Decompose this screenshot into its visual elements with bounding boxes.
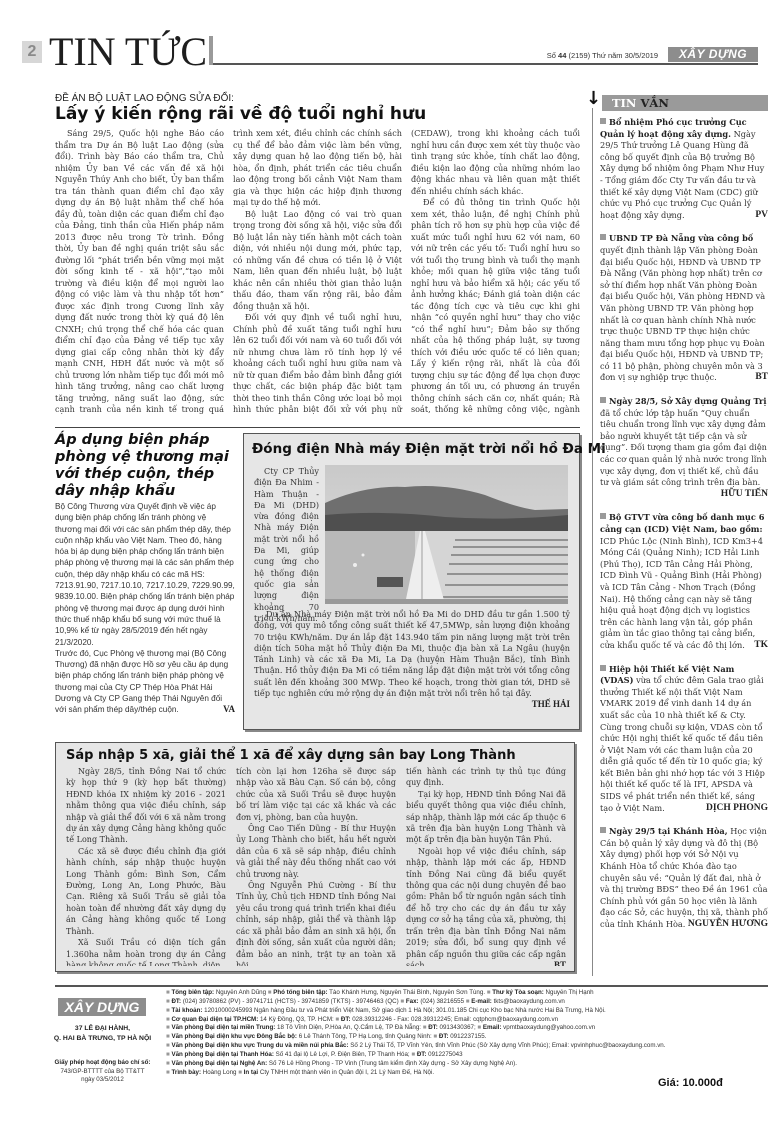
steel-paragraph-text: Trước đó, Cục Phòng vệ thương mại (Bộ Cô… [55,649,228,714]
footer-address: 37 LÊ ĐẠI HÀNH, Q. HAI BÀ TRƯNG, TP HÀ N… [40,1024,165,1044]
contact-label: Văn phòng Đại diện tại miền Trung: [171,1024,275,1031]
footer-contact-line: ■ Văn phòng Đại diện khu vực Đông Bắc bộ… [166,1033,771,1042]
contact-value: 6 Lê Thánh Tông, TP Hạ Long, tỉnh Quảng … [297,1033,433,1040]
long-thanh-col-3: tiến hành các trình tự thủ tục đúng quy … [406,766,566,966]
brief-text: ICD Phúc Lộc (Ninh Bình), ICD Km3+4 Móng… [600,536,763,650]
long-thanh-col-1: Ngày 28/5, tỉnh Đồng Nai tổ chức kỳ họp … [66,766,226,966]
contact-label: ĐT: [439,1033,449,1040]
footer-contact-line: ■ Văn phòng Đại diện tại Nghệ An: Số 76 … [166,1060,771,1069]
long-thanh-article-box: Sáp nhập 5 xã, giải thể 1 xã để xây dựng… [55,742,575,972]
solar-paragraph-text: Dự án Nhà máy Điện mặt trời nổi hồ Đa Mi… [254,609,570,698]
brief-text: đã tổ chức lớp tập huấn “Quy chuẩn tiêu … [600,408,767,488]
long-thanh-body: Ngày 28/5, tỉnh Đồng Nai tổ chức kỳ họp … [66,766,566,966]
contact-value: 0912237155. [449,1033,487,1040]
contact-label: Văn phòng Đại diện khu vực Trung du và m… [171,1042,348,1049]
long-thanh-byline: BT [542,960,566,966]
contact-label: Trình bày: [171,1069,201,1076]
header-rule [213,63,758,65]
footer-contact-line: ■ Cơ quan Đại diện tại TP.HCM: 14 Kỳ Đồn… [166,1016,771,1025]
contact-value: (024) 39780862 (PV) - 39741711 (HCTS) - … [181,998,400,1005]
contact-label: Tài khoản: [171,1007,202,1014]
permit-label: Giấy phép hoạt động báo chí số: [55,1059,151,1066]
brief-lead: UBND TP Đà Nẵng vừa công bố [609,233,753,243]
lt-paragraph: Ngày 28/5, tỉnh Đồng Nai tổ chức kỳ họp … [66,766,226,846]
footer-contact-line: ■ Văn phòng Đại diện tại miền Trung: 18 … [166,1024,771,1033]
brief-lead: Bộ GTVT vừa công bố danh mục 6 cảng cạn … [600,512,764,534]
footer-rule [55,985,768,987]
lt-paragraph-text: Ngoài họp về việc điều chỉnh, sáp nhập, … [406,847,566,966]
contact-label: Fax: [406,998,419,1005]
issue-prefix: Số [547,51,556,60]
contact-label: Tổng biên tập: [171,989,214,996]
contact-value: 14 Kỳ Đồng, Q3, TP. HCM: [258,1016,335,1023]
sidebar-header: TIN VẮN [602,95,768,111]
lt-paragraph: Xã Suối Trầu có diện tích gần 1.360ha nằ… [66,937,226,966]
solar-photo-illustration [325,465,568,604]
issue-date: (2159) Thứ năm 30/5/2019 [568,51,658,60]
sidebar-title: TIN VẮN [612,96,669,110]
news-brief: Hiệp hội Thiết kế Việt Nam (VDAS) vừa tổ… [600,664,768,815]
brief-text: Học viện Cán bộ quản lý xây dựng và đô t… [600,826,768,929]
steel-article-body: Bộ Công Thương vừa Quyết định về việc áp… [55,501,235,716]
contact-value: Nguyễn Anh Dũng [214,989,268,996]
contact-value: Số 76 Lê Hồng Phong - TP Vinh (Trung tâm… [267,1060,517,1067]
sidebar-title-light: TIN [612,96,636,110]
solar-intro: Cty CP Thủy điện Đa Nhim - Hàm Thuận - Đ… [254,466,319,624]
issue-number: 44 [558,51,566,60]
footer-contacts: ■ Tổng biên tập: Nguyễn Anh Dũng ■ Phó t… [166,989,771,1077]
lt-paragraph: Tại kỳ họp, HĐND tỉnh Đồng Nai đã biểu q… [406,789,566,846]
footer-contact-line: ■ Tổng biên tập: Nguyễn Anh Dũng ■ Phó t… [166,989,771,998]
solar-article-box: Đóng điện Nhà máy Điện mặt trời nổi hồ Đ… [243,433,580,730]
news-briefs: Bổ nhiệm Phó cục trưởng Cục Quản lý hoạt… [600,117,768,943]
contact-value: Nguyễn Thị Hạnh [544,989,594,996]
bullet-square-icon [600,234,606,240]
brief-lead: Bổ nhiệm Phó cục trưởng Cục Quản lý hoạt… [600,117,747,139]
footer-contact-line: ■ Văn phòng Đại diện khu vực Trung du và… [166,1042,771,1051]
contact-label: Email: [483,1024,502,1031]
brief-text: quyết định thành lập Văn phòng Đoàn đại … [600,245,765,383]
footer-permit: Giấy phép hoạt động báo chí số: 743/GP-B… [40,1059,165,1085]
brief-byline: PV [755,210,768,222]
sidebar-title-dark: VẮN [640,96,668,110]
contact-label: Cơ quan Đại diện tại TP.HCM: [171,1016,258,1023]
contact-value: 12010000245993 Ngân hàng Đầu tư và Phát … [202,1007,605,1014]
address-line: Q. HAI BÀ TRƯNG, TP HÀ NỘI [40,1034,165,1044]
contact-label: Văn phòng Đại diện khu vực Đông Bắc bộ: [171,1033,297,1040]
lt-paragraph: tiến hành các trình tự thủ tục đúng quy … [406,766,566,789]
floating-solar-farm-photo [325,465,568,604]
contact-value: Cty TNHH một thành viên in Quân đội I, 2… [258,1069,434,1076]
lead-article-body: Sáng 29/5, Quốc hội nghe Báo cáo thẩm tr… [55,128,580,416]
lt-paragraph: tích còn lại hơn 126ha sẽ được sáp nhập … [236,766,396,823]
lt-paragraph: Các xã sẽ được điều chỉnh địa giới hành … [66,846,226,937]
brief-lead: Ngày 28/5, Sở Xây dựng Quảng Trị [609,396,766,406]
bullet-square-icon [600,827,606,833]
contact-label: In tại [244,1069,258,1076]
brief-byline: TK [754,640,768,652]
brief-byline: DỊCH PHONG [706,803,768,815]
lead-headline: Lấy ý kiến rộng rãi về độ tuổi nghỉ hưu [55,104,426,124]
page-number: 2 [22,41,42,63]
contact-label: Phó tổng biên tập: [273,989,327,996]
steel-paragraph: Bộ Công Thương vừa Quyết định về việc áp… [55,501,235,648]
contact-value: 18 Tô Vĩnh Diện, P.Hòa An, Q.Cẩm Lệ, TP … [275,1024,422,1031]
solar-intro-text: Cty CP Thủy điện Đa Nhim - Hàm Thuận - Đ… [254,466,319,624]
address-line: 37 LÊ ĐẠI HÀNH, [40,1024,165,1034]
solar-body: Dự án Nhà máy Điện mặt trời nổi hồ Đa Mi… [254,609,570,711]
lt-paragraph: Ngoài họp về việc điều chỉnh, sáp nhập, … [406,846,566,966]
contact-label: Thư ký Tòa soạn: [492,989,544,996]
header-divider [209,36,213,65]
contact-value: Số 2 Lý Thái Tổ, TP Vĩnh Yên, tỉnh Vĩnh … [349,1042,666,1049]
contact-label: ĐT: [341,1016,351,1023]
solar-byline: THẾ HẢI [520,699,570,710]
footer-contact-line: ■ ĐT: (024) 39780862 (PV) - 39741711 (HC… [166,998,771,1007]
issue-info: Số 44 (2159) Thứ năm 30/5/2019 [547,51,658,60]
brief-byline: BT [755,372,768,384]
permit-line: ngày 03/5/2012 [40,1076,165,1085]
news-brief: Ngày 28/5, Sở Xây dựng Quảng Trị đã tổ c… [600,396,768,500]
contact-value: Tào Khánh Hưng, Nguyễn Thái Bình, Nguyễn… [328,989,487,996]
news-brief: Ngày 29/5 tại Khánh Hòa, Học viện Cán bộ… [600,826,768,930]
lt-paragraph: Ông Nguyễn Phú Cường - Bí thư Tỉnh ủy, C… [236,880,396,966]
arrow-down-icon: ↓ [586,90,601,108]
solar-paragraph: Dự án Nhà máy Điện mặt trời nổi hồ Đa Mi… [254,609,570,699]
long-thanh-col-2: tích còn lại hơn 126ha sẽ được sáp nhập … [236,766,396,966]
lead-kicker: ĐỀ ÁN BỘ LUẬT LAO ĐỘNG SỬA ĐỔI: [55,93,234,104]
brief-lead: Ngày 29/5 tại Khánh Hòa, [609,826,728,836]
section-title: TIN TỨC [49,32,207,72]
contact-value: vpmtbaoxaydung@yahoo.com.vn [501,1024,595,1031]
bullet-square-icon [600,665,606,671]
sidebar-rule [592,108,593,976]
page-header: 2 TIN TỨC Số 44 (2159) Thứ năm 30/5/2019… [22,32,758,68]
contact-value: (024) 38216555 [419,998,466,1005]
price: Giá: 10.000đ [658,1077,723,1089]
lt-paragraph: Ông Cao Tiến Dũng - Bí thư Huyện ủy Long… [236,823,396,880]
contact-label: ĐT: [428,1024,438,1031]
contact-value: Số 41 đại lộ Lê Lợi, P. Điện Biên, TP Th… [274,1051,411,1058]
section-divider [55,427,580,428]
brief-byline: NGUYỄN HƯƠNG [688,919,768,931]
steel-paragraph: Trước đó, Cục Phòng vệ thương mại (Bộ Cô… [55,648,235,716]
contact-value: 028.39312246 - Fax: 028.39312245; Email:… [351,1016,559,1023]
footer-contact-line: ■ Tài khoản: 12010000245993 Ngân hàng Đầ… [166,1007,771,1016]
brief-text: Ngày 29/5 Thứ trưởng Lê Quang Hùng đã cô… [600,129,764,220]
permit-line: 743/GP-BTTTT của Bộ TT&TT [40,1068,165,1077]
contact-value: 0913430367; [438,1024,478,1031]
steel-byline: VA [223,704,235,715]
news-brief: UBND TP Đà Nẵng vừa công bố quyết định t… [600,233,768,384]
news-brief: Bổ nhiệm Phó cục trưởng Cục Quản lý hoạt… [600,117,768,221]
contact-label: ĐT: [417,1051,427,1058]
solar-headline: Đóng điện Nhà máy Điện mặt trời nổi hồ Đ… [252,441,606,457]
contact-value: 0912275043 [426,1051,462,1058]
long-thanh-headline: Sáp nhập 5 xã, giải thể 1 xã để xây dựng… [66,748,516,763]
lead-text: Sáng 29/5, Quốc hội nghe Báo cáo thẩm tr… [55,128,580,416]
brief-text: vừa tổ chức đêm Gala trao giải thưởng Th… [600,675,765,813]
masthead-logo: XÂY DỰNG [668,47,758,62]
contact-label: Văn phòng Đại diện tại Nghệ An: [171,1060,267,1067]
contact-label: ĐT: [171,998,181,1005]
bullet-square-icon [600,118,606,124]
steel-headline: Áp dụng biện pháp phòng vệ thương mại vớ… [55,432,235,500]
contact-label: Văn phòng Đại diện tại Thanh Hóa: [171,1051,273,1058]
contact-value: tkts@baoxaydung.com.vn [492,998,565,1005]
lead-paragraph: Bộ luật Lao động có vai trò quan trọng t… [233,209,402,313]
footer-logo: XÂY DỰNG [58,998,146,1016]
bullet-square-icon [600,513,606,519]
contact-value: Hoàng Long [201,1069,238,1076]
brief-byline: HỮU TIẾN [721,489,768,501]
footer-contact-line: ■ Văn phòng Đại diện tại Thanh Hóa: Số 4… [166,1051,771,1060]
news-brief: Bộ GTVT vừa công bố danh mục 6 cảng cạn … [600,512,768,651]
contact-label: E-mail: [471,998,492,1005]
bullet-square-icon [600,397,606,403]
